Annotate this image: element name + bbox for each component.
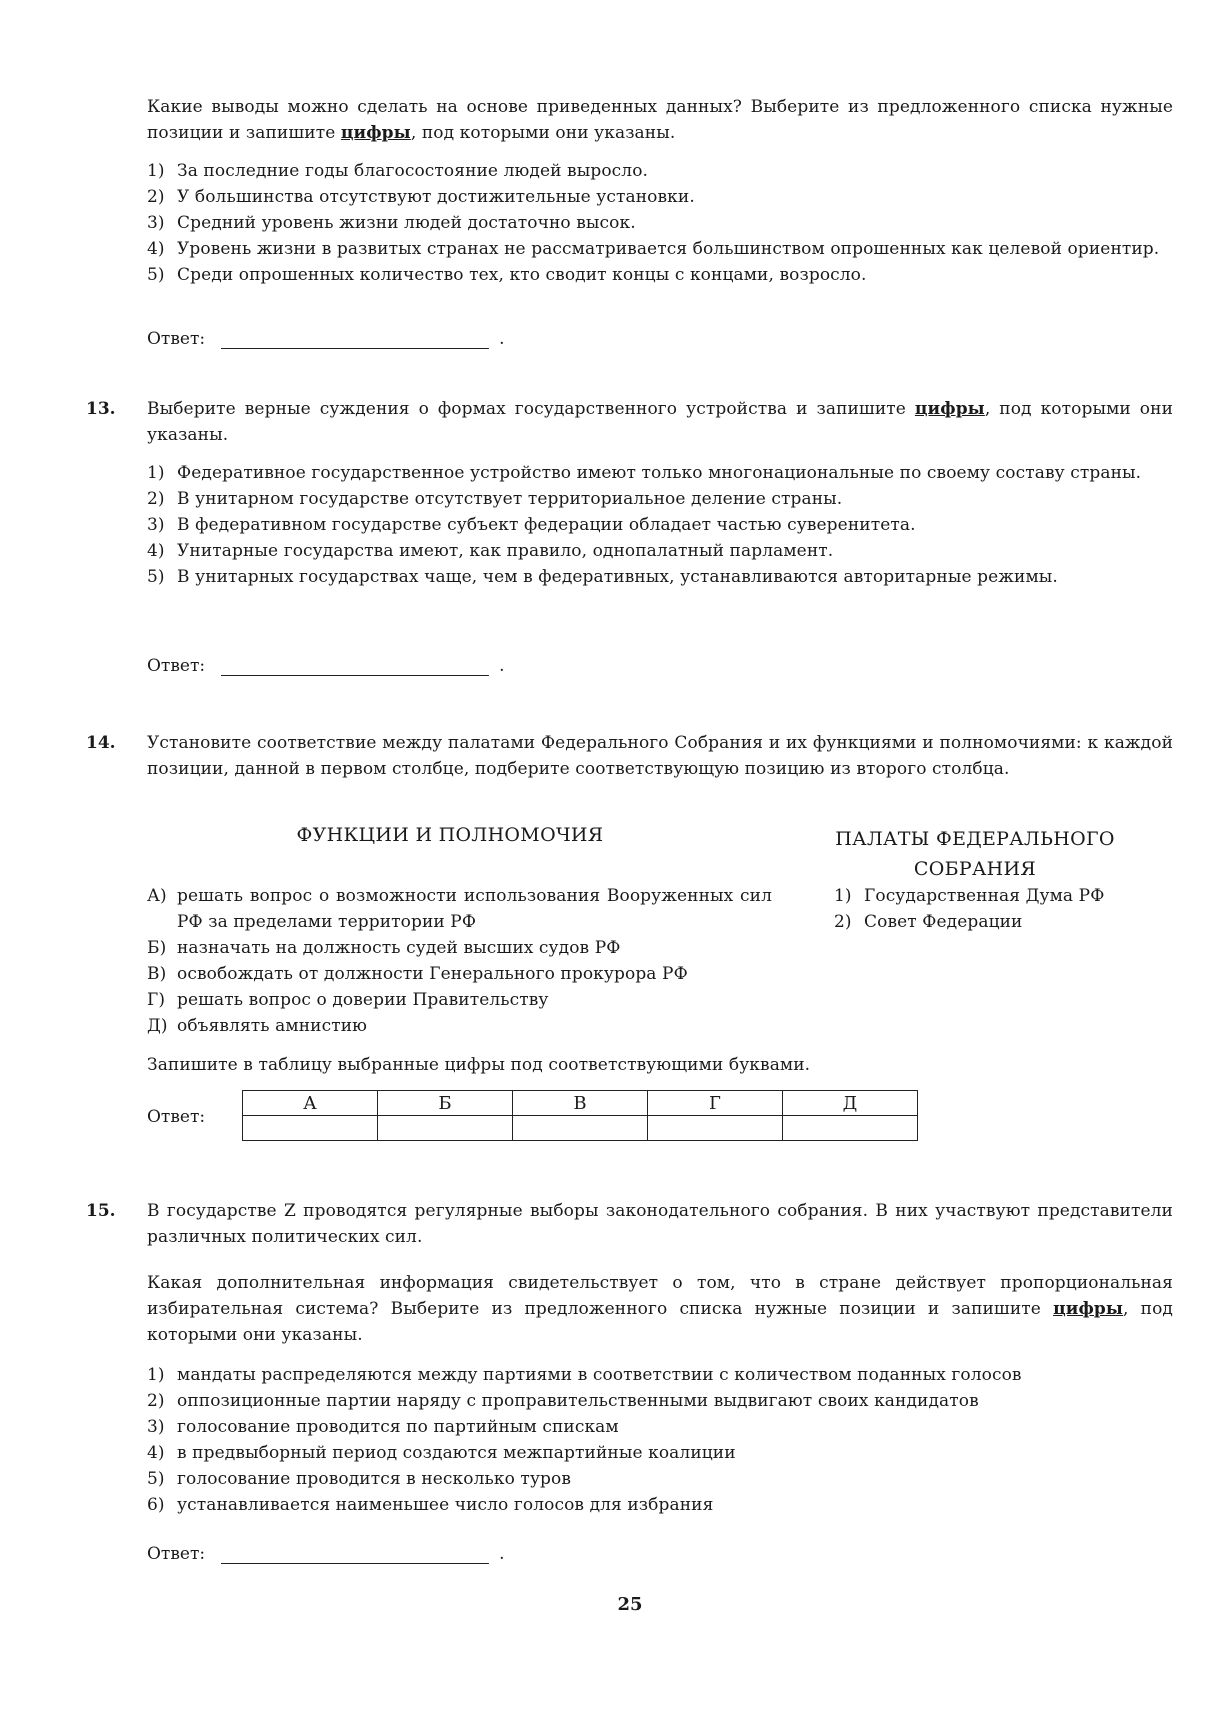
option-text: Унитарные государства имеют, как правило… xyxy=(177,541,833,561)
answer-period: . xyxy=(499,1544,504,1564)
option-number: 5) xyxy=(147,262,165,288)
function-v: В)освобождать от должности Генерального … xyxy=(147,961,772,987)
q15-option-3: 3)голосование проводится по партийным сп… xyxy=(147,1414,1173,1440)
option-text: В унитарных государствах чаще, чем в фед… xyxy=(177,567,1058,587)
answer-table-header: А xyxy=(243,1091,378,1116)
chamber-text: Совет Федерации xyxy=(864,912,1023,932)
q14-answer-table: А Б В Г Д xyxy=(242,1090,918,1141)
q13-prompt-text: Выберите верные суждения о формах госуда… xyxy=(147,399,915,419)
q13-option-4: 4)Унитарные государства имеют, как прави… xyxy=(147,538,1173,564)
q15-answer-field[interactable] xyxy=(221,1545,489,1564)
option-number: 6) xyxy=(147,1492,165,1518)
option-number: 4) xyxy=(147,1440,165,1466)
function-letter: Б) xyxy=(147,935,166,961)
q12-answer-field[interactable] xyxy=(221,330,489,349)
function-text: освобождать от должности Генерального пр… xyxy=(177,964,688,984)
function-letter: Д) xyxy=(147,1013,168,1039)
function-letter: В) xyxy=(147,961,166,987)
q13-option-2: 2)В унитарном государстве отсутствует те… xyxy=(147,486,1173,512)
answer-cell-v[interactable] xyxy=(513,1116,648,1141)
answer-table-header: Д xyxy=(783,1091,918,1116)
answer-label: Ответ: xyxy=(147,1544,205,1564)
answer-period: . xyxy=(499,656,504,676)
q13-option-5: 5)В унитарных государствах чаще, чем в ф… xyxy=(147,564,1173,590)
answer-table-header: Б xyxy=(378,1091,513,1116)
q13-prompt: Выберите верные суждения о формах госуда… xyxy=(147,396,1173,448)
q15-option-2: 2)оппозиционные партии наряду с проправи… xyxy=(147,1388,1173,1414)
answer-cell-d[interactable] xyxy=(783,1116,918,1141)
option-number: 2) xyxy=(147,184,165,210)
q13-answer: Ответ: . xyxy=(147,656,505,676)
option-text: мандаты распределяются между партиями в … xyxy=(177,1365,1022,1385)
answer-cell-a[interactable] xyxy=(243,1116,378,1141)
q12-prompt-emphasis: цифры xyxy=(341,123,411,143)
chamber-2: 2)Совет Федерации xyxy=(834,909,1154,935)
option-text: оппозиционные партии наряду с проправите… xyxy=(177,1391,979,1411)
q13-answer-field[interactable] xyxy=(221,657,489,676)
q15-prompt: Какая дополнительная информация свидетел… xyxy=(147,1270,1173,1348)
option-text: в предвыборный период создаются межпарти… xyxy=(177,1443,736,1463)
option-number: 3) xyxy=(147,1414,165,1440)
option-text: В унитарном государстве отсутствует терр… xyxy=(177,489,842,509)
q15-number: 15. xyxy=(86,1198,116,1224)
option-number: 1) xyxy=(147,158,165,184)
answer-table-header: Г xyxy=(648,1091,783,1116)
option-number: 5) xyxy=(147,564,165,590)
function-b: Б)назначать на должность судей высших су… xyxy=(147,935,772,961)
option-text: голосование проводится по партийным спис… xyxy=(177,1417,619,1437)
q13-prompt-emphasis: цифры xyxy=(915,399,985,419)
q12-option-5: 5)Среди опрошенных количество тех, кто с… xyxy=(147,262,1173,288)
chamber-number: 1) xyxy=(834,883,852,909)
function-text: решать вопрос о возможности использовани… xyxy=(177,886,772,932)
option-number: 5) xyxy=(147,1466,165,1492)
table-instruction: Запишите в таблицу выбранные цифры под с… xyxy=(147,1052,1173,1078)
q13-number: 13. xyxy=(86,396,116,422)
q13-options: 1)Федеративное государственное устройств… xyxy=(147,460,1173,590)
q13-option-1: 1)Федеративное государственное устройств… xyxy=(147,460,1173,486)
q15-prompt-emphasis: цифры xyxy=(1053,1299,1123,1319)
option-number: 2) xyxy=(147,486,165,512)
option-text: голосование проводится в несколько туров xyxy=(177,1469,571,1489)
option-number: 4) xyxy=(147,538,165,564)
chambers-list: 1)Государственная Дума РФ 2)Совет Федера… xyxy=(834,883,1154,935)
option-text: У большинства отсутствуют достижительные… xyxy=(177,187,695,207)
function-a: А)решать вопрос о возможности использова… xyxy=(147,883,772,935)
answer-label: Ответ: xyxy=(147,329,205,349)
option-text: Средний уровень жизни людей достаточно в… xyxy=(177,213,636,233)
function-text: объявлять амнистию xyxy=(177,1016,367,1036)
option-text: Уровень жизни в развитых странах не расс… xyxy=(177,239,1159,259)
answer-table-header: В xyxy=(513,1091,648,1116)
q15-prompt-text: Какая дополнительная информация свидетел… xyxy=(147,1273,1173,1319)
option-text: устанавливается наименьшее число голосов… xyxy=(177,1495,713,1515)
function-letter: А) xyxy=(147,883,167,909)
q12-answer: Ответ: . xyxy=(147,329,505,349)
chambers-header-line1: ПАЛАТЫ ФЕДЕРАЛЬНОГО xyxy=(815,824,1135,854)
q15-option-6: 6)устанавливается наименьшее число голос… xyxy=(147,1492,1173,1518)
exam-page: Какие выводы можно сделать на основе при… xyxy=(0,0,1210,1712)
chamber-number: 2) xyxy=(834,909,852,935)
option-number: 2) xyxy=(147,1388,165,1414)
q15-answer: Ответ: . xyxy=(147,1544,505,1564)
chamber-text: Государственная Дума РФ xyxy=(864,886,1104,906)
q12-option-1: 1)За последние годы благосостояние людей… xyxy=(147,158,1173,184)
q12-prompt-tail: , под которыми они указаны. xyxy=(411,123,676,143)
chambers-header-line2: СОБРАНИЯ xyxy=(815,854,1135,884)
chamber-1: 1)Государственная Дума РФ xyxy=(834,883,1154,909)
function-letter: Г) xyxy=(147,987,165,1013)
q15-options: 1)мандаты распределяются между партиями … xyxy=(147,1362,1173,1518)
q12-option-2: 2)У большинства отсутствуют достижительн… xyxy=(147,184,1173,210)
answer-cell-b[interactable] xyxy=(378,1116,513,1141)
option-number: 4) xyxy=(147,236,165,262)
q12-option-4: 4)Уровень жизни в развитых странах не ра… xyxy=(147,236,1173,262)
q15-intro: В государстве Z проводятся регулярные вы… xyxy=(147,1198,1173,1250)
answer-table-header-row: А Б В Г Д xyxy=(243,1091,918,1116)
chambers-column-header: ПАЛАТЫ ФЕДЕРАЛЬНОГО СОБРАНИЯ xyxy=(815,824,1135,884)
option-number: 3) xyxy=(147,512,165,538)
option-text: Среди опрошенных количество тех, кто сво… xyxy=(177,265,867,285)
q12-option-3: 3)Средний уровень жизни людей достаточно… xyxy=(147,210,1173,236)
q12-options: 1)За последние годы благосостояние людей… xyxy=(147,158,1173,288)
q13-option-3: 3)В федеративном государстве субъект фед… xyxy=(147,512,1173,538)
option-number: 1) xyxy=(147,1362,165,1388)
functions-column-header: ФУНКЦИИ И ПОЛНОМОЧИЯ xyxy=(240,824,660,846)
function-g: Г)решать вопрос о доверии Правительству xyxy=(147,987,772,1013)
q14-prompt: Установите соответствие между палатами Ф… xyxy=(147,730,1173,782)
q15-option-5: 5)голосование проводится в несколько тур… xyxy=(147,1466,1173,1492)
q14-answer-label-wrap: Ответ: xyxy=(147,1107,205,1127)
q15-option-4: 4)в предвыборный период создаются межпар… xyxy=(147,1440,1173,1466)
option-text: За последние годы благосостояние людей в… xyxy=(177,161,648,181)
function-d: Д)объявлять амнистию xyxy=(147,1013,772,1039)
function-text: назначать на должность судей высших судо… xyxy=(177,938,621,958)
option-text: В федеративном государстве субъект федер… xyxy=(177,515,916,535)
answer-table-input-row xyxy=(243,1116,918,1141)
option-number: 1) xyxy=(147,460,165,486)
answer-period: . xyxy=(499,329,504,349)
functions-list: А)решать вопрос о возможности использова… xyxy=(147,883,772,1039)
option-text: Федеративное государственное устройство … xyxy=(177,463,1141,483)
q14-number: 14. xyxy=(86,730,116,756)
q12-prompt: Какие выводы можно сделать на основе при… xyxy=(147,94,1173,146)
option-number: 3) xyxy=(147,210,165,236)
q15-option-1: 1)мандаты распределяются между партиями … xyxy=(147,1362,1173,1388)
page-number: 25 xyxy=(0,1594,1210,1615)
answer-label: Ответ: xyxy=(147,1107,205,1127)
function-text: решать вопрос о доверии Правительству xyxy=(177,990,549,1010)
answer-cell-g[interactable] xyxy=(648,1116,783,1141)
answer-label: Ответ: xyxy=(147,656,205,676)
